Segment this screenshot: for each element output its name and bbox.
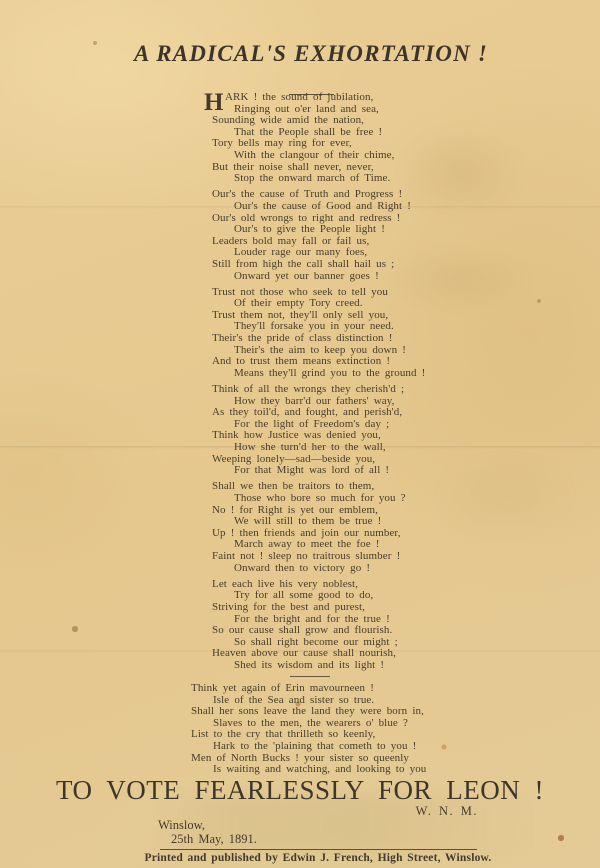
stanza-divider bbox=[290, 676, 330, 677]
poem-line: How she turn'd her to the wall, bbox=[212, 442, 572, 454]
closing-exhortation: TO VOTE FEARLESSLY FOR LEON ! bbox=[0, 774, 600, 806]
date-line: 25th May, 1891. bbox=[171, 832, 257, 847]
dropcap-initial: H bbox=[204, 91, 223, 114]
poem-line: With the clangour of their chime, bbox=[212, 150, 572, 162]
poem-line: HARK ! the sound of jubilation, bbox=[212, 92, 572, 104]
poem-line: Our's the cause of Good and Right ! bbox=[212, 201, 572, 213]
poem-line: So our cause shall grow and flourish. bbox=[212, 625, 572, 637]
poem: HARK ! the sound of jubilation,Ringing o… bbox=[212, 92, 572, 780]
stanza: Think yet again of Erin mavourneen !Isle… bbox=[191, 683, 572, 776]
stanza: Let each live his very noblest,Try for a… bbox=[212, 579, 572, 672]
paper-specks bbox=[0, 0, 2, 2]
poem-line: Shed its wisdom and its light ! bbox=[212, 660, 572, 672]
poem-line: Onward yet our banner goes ! bbox=[212, 271, 572, 283]
stanza: Think of all the wrongs they cherish'd ;… bbox=[212, 384, 572, 477]
poem-line: Think yet again of Erin mavourneen ! bbox=[191, 683, 572, 695]
poem-line: Those who bore so much for you ? bbox=[212, 493, 572, 505]
poem-line: We will still to them be true ! bbox=[212, 516, 572, 528]
stanza: Shall we then be traitors to them,Those … bbox=[212, 481, 572, 574]
poem-line: Faint not ! sleep no traitrous slumber ! bbox=[212, 551, 572, 563]
poem-line: Stop the onward march of Time. bbox=[212, 173, 572, 185]
broadside-page: A RADICAL'S EXHORTATION ! HARK ! the sou… bbox=[0, 0, 600, 868]
stanza: Trust not those who seek to tell youOf t… bbox=[212, 287, 572, 380]
printer-imprint: Printed and published by Edwin J. French… bbox=[36, 852, 600, 864]
poem-line: For that Might was lord of all ! bbox=[212, 465, 572, 477]
poem-line: Think of all the wrongs they cherish'd ; bbox=[212, 384, 572, 396]
poem-line: Our's to give the People light ! bbox=[212, 224, 572, 236]
poem-line: Still from high the call shall hail us ; bbox=[212, 259, 572, 271]
poem-line: Striving for the best and purest, bbox=[212, 602, 572, 614]
poem-line: Their's the pride of class distinction ! bbox=[212, 333, 572, 345]
poem-line: Onward then to victory go ! bbox=[212, 563, 572, 575]
poem-line: Means they'll grind you to the ground ! bbox=[212, 368, 572, 380]
stanza: HARK ! the sound of jubilation,Ringing o… bbox=[212, 92, 572, 185]
imprint-divider-rule bbox=[160, 849, 477, 850]
place-line: Winslow, bbox=[158, 818, 205, 833]
author-initials: W. N. M. bbox=[416, 804, 478, 819]
poem-line: Hark to the 'plaining that cometh to you… bbox=[191, 741, 572, 753]
stanza: Our's the cause of Truth and Progress !O… bbox=[212, 189, 572, 282]
page-title: A RADICAL'S EXHORTATION ! bbox=[11, 40, 600, 68]
